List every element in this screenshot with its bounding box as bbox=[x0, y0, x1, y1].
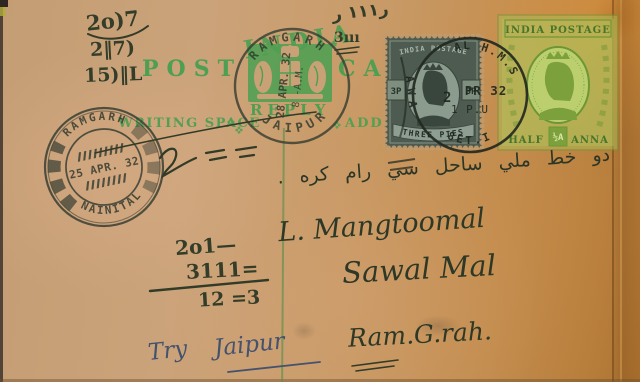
account-line-3: 12 =3 bbox=[197, 286, 260, 311]
imprint-stamp-value: ½A bbox=[553, 132, 564, 143]
postcard-photo: INDIA POST CARD REPLY WRITING SPACE ADDR… bbox=[0, 0, 640, 382]
postmark-cancel-date: PR 32 bbox=[465, 83, 508, 98]
postmark-nainital: RAMGARH NAINITAL 25 APR. 32 bbox=[34, 97, 174, 237]
imprint-stamp-country: INDIA POSTAGE bbox=[505, 25, 611, 36]
postmark-nainital-bottom: NAINITAL bbox=[77, 186, 147, 223]
handwritten-mark-3: 15)‖L bbox=[84, 63, 143, 87]
handwritten-mark-2: 2‖7) bbox=[89, 37, 135, 61]
svg-text:NAINITAL: NAINITAL bbox=[77, 186, 147, 223]
account-line-2: 3111= bbox=[185, 256, 259, 284]
note-try: Try bbox=[147, 336, 189, 366]
imprint-stamp-half: HALF bbox=[508, 135, 543, 146]
postmark-cancel-time: 1 P.U bbox=[451, 103, 489, 116]
account-line-1: 2o1— bbox=[174, 232, 237, 260]
handwritten-figure: 3ııı bbox=[334, 30, 360, 46]
adhesive-stamp-value-left: 3P bbox=[391, 87, 402, 97]
